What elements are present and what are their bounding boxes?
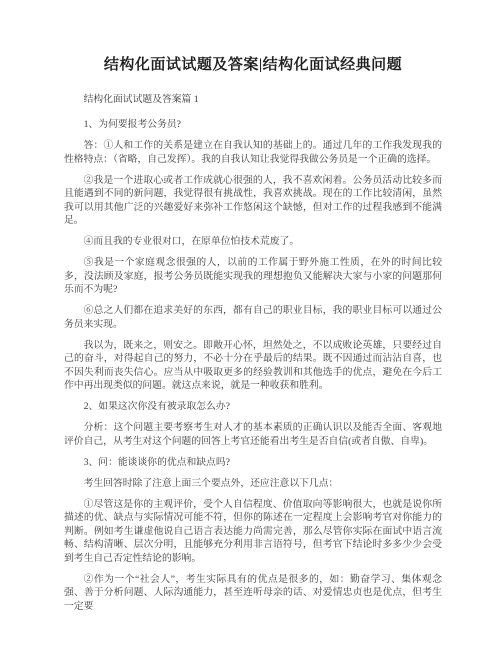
- paragraph-analysis-2: 分析：这个问题主要考察考生对人才的基本素质的正确认识以及能否全面、客观地评价自己…: [64, 421, 442, 448]
- paragraph-attitude: 我以为，既来之，则安之。即敞开心怀，坦然处之，不以成败论英雄，只要经过自己的奋斗…: [64, 339, 442, 393]
- paragraph-question-2: 2、如果这次你没有被录取怎么办?: [64, 400, 442, 414]
- paragraph-answer-1-point-5: ⑤我是一个家庭观念很强的人，以前的工作属于野外施工性质，在外的时间比较多，没法顾…: [64, 256, 442, 297]
- document-subtitle: 结构化面试试题及答案篇 1: [64, 93, 442, 107]
- document-title: 结构化面试试题及答案|结构化面试经典问题: [64, 56, 442, 75]
- paragraph-answer-1-point-6: ⑥总之人们都在追求美好的东西，都有自己的职业目标，我的职业目标可以通过公务员来实…: [64, 304, 442, 331]
- paragraph-note-point-2: ②作为一个“社会人”，考生实际具有的优点是很多的，如：勤奋学习、集体观念强、善于…: [64, 573, 442, 614]
- paragraph-answer-1-point-2: ②我是一个进取心或者工作成就心很强的人，我不喜欢闲着。公务员活动比较多而且能遇到…: [64, 174, 442, 228]
- document-page: 结构化面试试题及答案|结构化面试经典问题 结构化面试试题及答案篇 1 1、为何要…: [0, 0, 500, 647]
- paragraph-answer-1-point-1: 答：①人和工作的关系是建立在自我认知的基础上的。通过几年的工作我发现我的性格特点…: [64, 139, 442, 166]
- paragraph-answer-1-point-4: ④而且我的专业很对口，在原单位怕技术荒废了。: [64, 235, 442, 249]
- paragraph-note-point-1: ①尽管这是你的主观评价，受个人自信程度、价值取向等影响很大，也就是说你所描述的优…: [64, 498, 442, 566]
- paragraph-question-3: 3、问：能谈谈你的优点和缺点吗?: [64, 456, 442, 470]
- paragraph-question-1: 1、为何要报考公务员?: [64, 118, 442, 132]
- paragraph-note-intro: 考生回答时除了注意上面三个要点外，还应注意以下几点：: [64, 477, 442, 491]
